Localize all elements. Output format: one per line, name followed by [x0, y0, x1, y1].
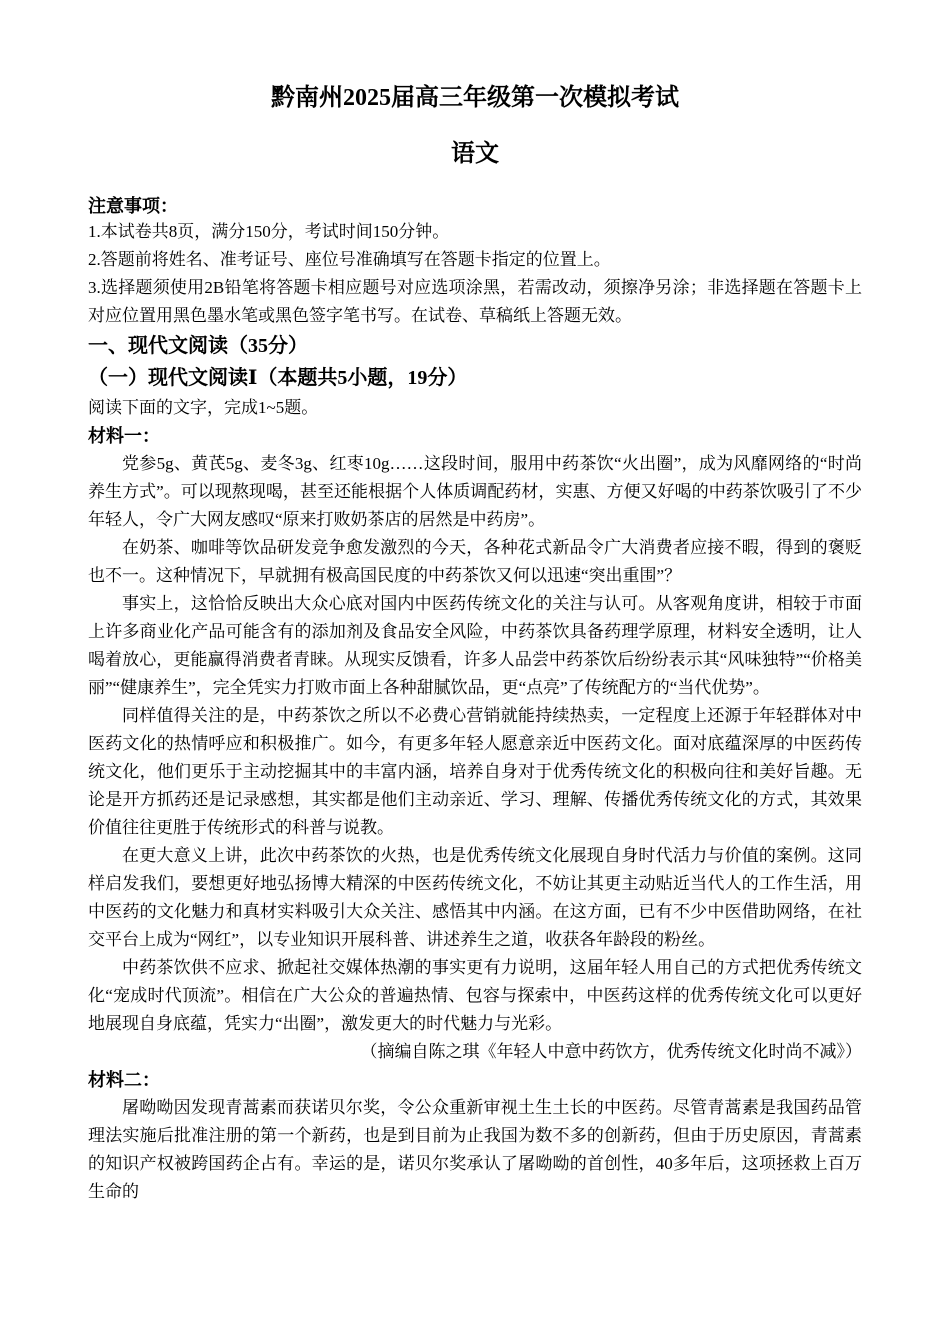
- material-one-label: 材料一：: [88, 422, 862, 450]
- material-one-paragraph: 党参5g、黄芪5g、麦冬3g、红枣10g……这段时间，服用中药茶饮“火出圈”，成…: [88, 450, 862, 534]
- section-one-part-heading: （一）现代文阅读Ⅰ（本题共5小题，19分）: [88, 362, 862, 394]
- material-one-paragraph: 事实上，这恰恰反映出大众心底对国内中医药传统文化的关注与认可。从客观角度讲，相较…: [88, 590, 862, 702]
- material-two-label: 材料二：: [88, 1066, 862, 1094]
- exam-title: 黔南州2025届高三年级第一次模拟考试: [88, 84, 862, 112]
- reading-instruction: 阅读下面的文字，完成1~5题。: [88, 394, 862, 422]
- material-one-paragraph: 在更大意义上讲，此次中药茶饮的火热，也是优秀传统文化展现自身时代活力与价值的案例…: [88, 842, 862, 954]
- material-one-paragraph: 中药茶饮供不应求、掀起社交媒体热潮的事实更有力说明，这届年轻人用自己的方式把优秀…: [88, 954, 862, 1038]
- material-one: 材料一： 党参5g、黄芪5g、麦冬3g、红枣10g……这段时间，服用中药茶饮“火…: [88, 422, 862, 1066]
- material-one-paragraph: 同样值得关注的是，中药茶饮之所以不必费心营销就能持续热卖，一定程度上还源于年轻群…: [88, 702, 862, 842]
- material-two-paragraph: 屠呦呦因发现青蒿素而获诺贝尔奖，令公众重新审视土生土长的中医药。尽管青蒿素是我国…: [88, 1094, 862, 1206]
- exam-subject: 语文: [88, 140, 862, 168]
- material-one-paragraph: 在奶茶、咖啡等饮品研发竞争愈发激烈的今天，各种花式新品令广大消费者应接不暇，得到…: [88, 534, 862, 590]
- section-one: 一、现代文阅读（35分） （一）现代文阅读Ⅰ（本题共5小题，19分） 阅读下面的…: [88, 330, 862, 1206]
- notice-section: 注意事项： 1.本试卷共8页，满分150分，考试时间150分钟。 2.答题前将姓…: [88, 194, 862, 330]
- section-one-heading: 一、现代文阅读（35分）: [88, 330, 862, 362]
- material-two: 材料二： 屠呦呦因发现青蒿素而获诺贝尔奖，令公众重新审视土生土长的中医药。尽管青…: [88, 1066, 862, 1206]
- notice-item-3: 3.选择题须使用2B铅笔将答题卡相应题号对应选项涂黑，若需改动，须擦净另涂；非选…: [88, 274, 862, 330]
- notice-item-2: 2.答题前将姓名、准考证号、座位号准确填写在答题卡指定的位置上。: [88, 246, 862, 274]
- material-one-attribution: （摘编自陈之琪《年轻人中意中药饮方，优秀传统文化时尚不减》）: [88, 1038, 862, 1066]
- notice-heading: 注意事项：: [88, 194, 862, 218]
- exam-paper-page: 黔南州2025届高三年级第一次模拟考试 语文 注意事项： 1.本试卷共8页，满分…: [0, 0, 950, 1344]
- notice-item-1: 1.本试卷共8页，满分150分，考试时间150分钟。: [88, 218, 862, 246]
